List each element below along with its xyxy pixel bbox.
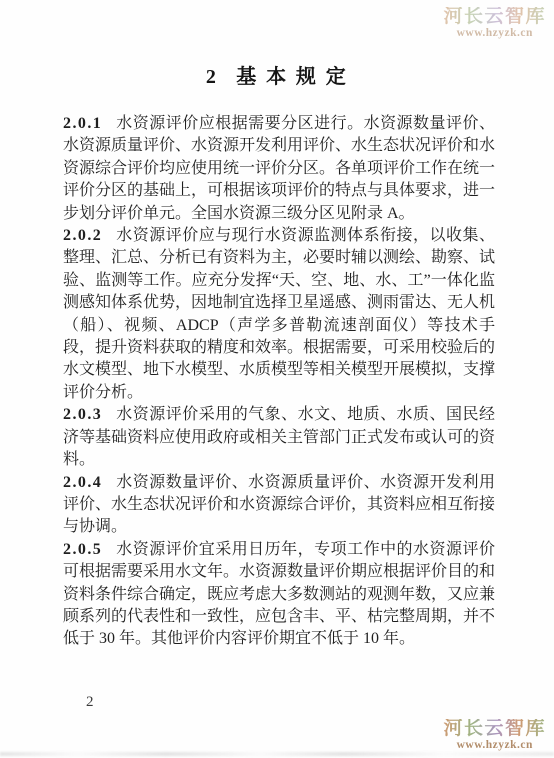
clause-number: 2.0.3 (63, 406, 102, 423)
clause-text: 水资源评价宜采用日历年，专项工作中的水资源评价可根据需要采用水文年。水资源数量评… (63, 541, 495, 648)
watermark-brand-text: 河长云智库 (443, 7, 546, 27)
clause-number: 2.0.4 (63, 474, 102, 491)
watermark-url-text: www.hzyzk.cn (443, 739, 546, 751)
clause-text: 水资源评价采用的气象、水文、地质、水质、国民经济等基础资料应使用政府或相关主管部… (63, 406, 495, 468)
clause-2-0-5: 2.0.5水资源评价宜采用日历年，专项工作中的水资源评价可根据需要采用水文年。水… (63, 539, 495, 651)
clause-2-0-1: 2.0.1水资源评价应根据需要分区进行。水资源数量评价、水资源质量评价、水资源开… (63, 113, 495, 225)
clause-number: 2.0.1 (63, 115, 102, 132)
chapter-number: 2 (206, 66, 218, 88)
chapter-title: 2基 本 规 定 (0, 60, 554, 89)
document-page: 河长云智库 www.hzyzk.cn 2基 本 规 定 2.0.1水资源评价应根… (0, 0, 554, 758)
clause-2-0-4: 2.0.4水资源数量评价、水资源质量评价、水资源开发利用评价、水生态状况评价和水… (63, 472, 495, 539)
clause-2-0-3: 2.0.3水资源评价采用的气象、水文、地质、水质、国民经济等基础资料应使用政府或… (63, 404, 495, 471)
chapter-name: 基 本 规 定 (236, 66, 348, 88)
clause-2-0-2: 2.0.2水资源评价应与现行水资源监测体系衔接，以收集、整理、汇总、分析已有资料… (63, 225, 495, 404)
clause-number: 2.0.2 (63, 227, 102, 244)
clause-number: 2.0.5 (63, 541, 102, 558)
scan-artifact (0, 752, 554, 756)
document-body: 2.0.1水资源评价应根据需要分区进行。水资源数量评价、水资源质量评价、水资源开… (63, 113, 495, 651)
watermark-bottom: 河长云智库 www.hzyzk.cn (443, 719, 546, 751)
clause-text: 水资源评价应与现行水资源监测体系衔接，以收集、整理、汇总、分析已有资料为主，必要… (63, 227, 495, 401)
watermark-brand-text: 河长云智库 (443, 719, 546, 739)
page-number: 2 (86, 694, 94, 711)
watermark-top: 河长云智库 www.hzyzk.cn (443, 7, 546, 39)
clause-text: 水资源数量评价、水资源质量评价、水资源开发利用评价、水生态状况评价和水资源综合评… (63, 474, 495, 536)
clause-text: 水资源评价应根据需要分区进行。水资源数量评价、水资源质量评价、水资源开发利用评价… (63, 115, 495, 222)
watermark-url-text: www.hzyzk.cn (443, 27, 546, 39)
